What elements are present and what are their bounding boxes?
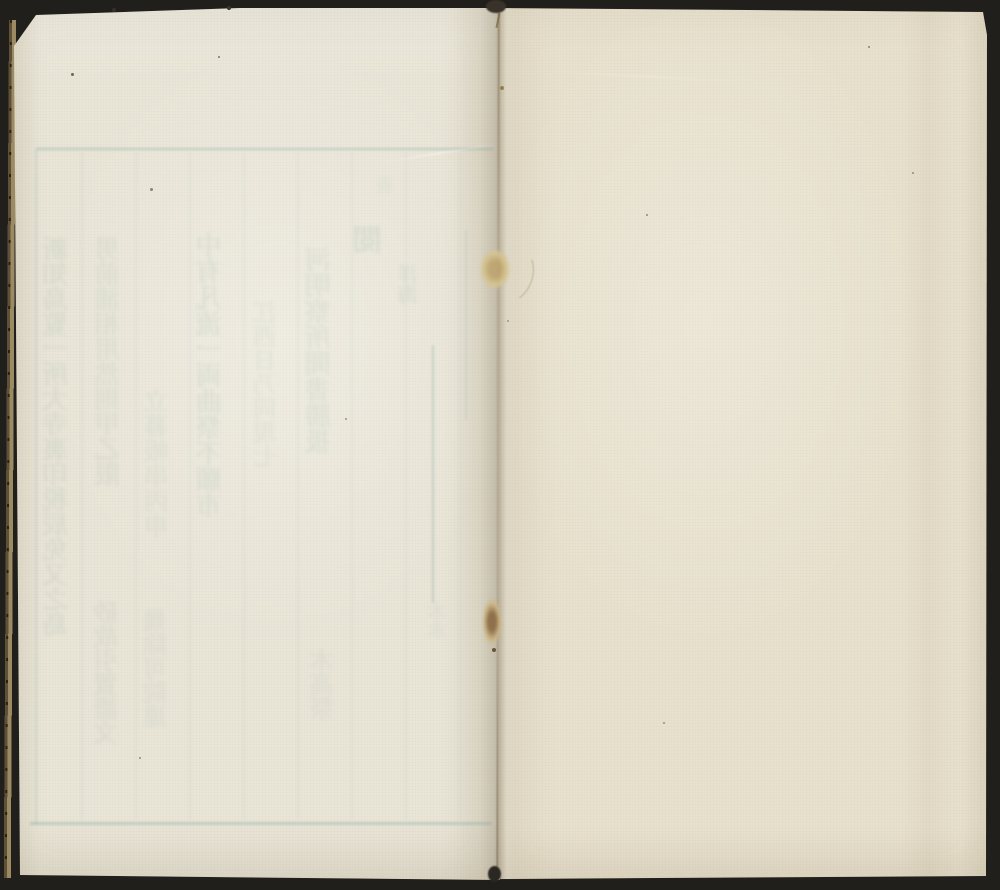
dust-speck xyxy=(218,56,220,58)
bleedthrough-rule-line xyxy=(351,152,353,820)
bleedthrough-text-column: 木永 xyxy=(427,602,451,638)
bleedthrough-rule-line xyxy=(465,230,467,420)
bleedthrough-rule-line xyxy=(459,152,461,820)
dust-speck xyxy=(500,86,504,90)
bleedthrough-rule-line xyxy=(243,152,245,820)
dust-speck xyxy=(227,6,231,10)
bleedthrough-text-column: 砂故引置證文 xyxy=(92,600,124,744)
bleedthrough-text-column: 江西日乃同現七 xyxy=(251,300,283,468)
bleedthrough-text-column: 閲 xyxy=(353,224,389,254)
binding-notch-top xyxy=(486,0,506,13)
left-page: 新知鳥覧一所大寺裏印税辰免又之島男前浦相用然則甲乙限砂故引置證文立暮帳串丙申幾除… xyxy=(10,8,500,880)
binding-notch-bottom xyxy=(488,866,501,882)
bleedthrough-rule-line xyxy=(30,822,492,825)
dust-speck xyxy=(139,757,141,759)
bleedthrough-rule-line xyxy=(432,345,434,603)
bleedthrough-rule-line xyxy=(189,152,191,820)
dust-speck xyxy=(663,722,665,724)
dust-speck xyxy=(71,73,74,76)
bleedthrough-text-column: 男前浦相用然則甲乙限 xyxy=(92,236,126,486)
bleedthrough-rule-line xyxy=(36,148,494,150)
bleedthrough-text-column: 新知鳥覧一所大寺裏印税辰免又之島 xyxy=(40,236,73,636)
dust-speck xyxy=(868,46,870,48)
book-scan: 新知鳥覧一所大寺裏印税辰免又之島男前浦相用然則甲乙限砂故引置證文立暮帳串丙申幾除… xyxy=(0,0,1000,890)
bleedthrough-text-column: 表 xyxy=(375,176,398,194)
bleedthrough-rule-line xyxy=(405,152,407,820)
glue-stain-top xyxy=(473,243,517,301)
bleedthrough-text-column: 幾除可院違 xyxy=(141,608,173,728)
dust-speck xyxy=(507,320,509,322)
dust-speck xyxy=(345,418,347,420)
bleedthrough-rule-line xyxy=(297,152,299,820)
bleedthrough-text-column: 洋海 xyxy=(396,264,423,304)
dust-speck xyxy=(112,8,116,12)
bleedthrough-text-column: 立暮帳串丙申 xyxy=(141,388,174,538)
dust-speck xyxy=(912,172,914,174)
bleedthrough-text-column: 木高祭 xyxy=(309,648,341,720)
bleedthrough-rule-line xyxy=(81,152,83,820)
dust-speck xyxy=(492,648,496,652)
dust-speck xyxy=(150,188,153,191)
bleedthrough-rule-line xyxy=(35,150,37,824)
right-page xyxy=(500,8,990,880)
bleedthrough-text-column: 中有凡流一両曲祭不願市 xyxy=(195,232,229,518)
dust-speck xyxy=(646,214,648,216)
bleedthrough-rule-line xyxy=(135,152,137,820)
bleedthrough-text-column: 河明察所聞書勝扱 xyxy=(304,246,338,454)
